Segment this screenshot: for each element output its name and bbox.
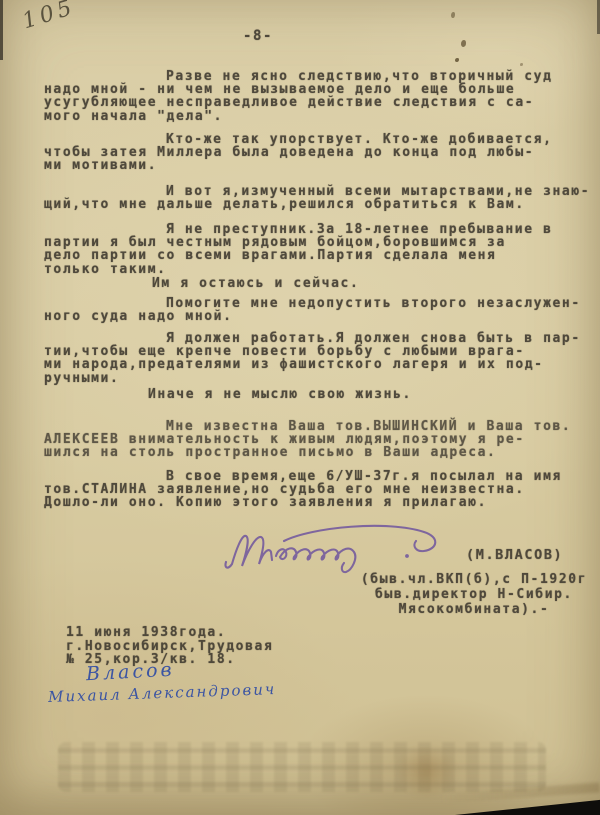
scanned-letter-page: 105 -8- Разве не ясно следствию,что втор… [0,0,600,815]
paragraph: В свое время,еще 6/УШ-37г.я посылал на и… [44,470,562,510]
paragraph: Кто-же так упорствует. Кто-же добивается… [44,133,553,173]
paragraph: Я не преступник.За 18-летнее пребывание … [44,223,553,276]
paragraph: И вот я,измученный всеми мытарствами,не … [44,185,590,211]
paragraph: Я должен работать.Я должен снова быть в … [44,332,581,385]
paragraph: Разве не ясно следствию,что вторичный су… [44,70,553,123]
archival-page-number: 105 [20,0,79,34]
signatory-credentials: (быв.чл.ВКП(б),с П-1920г быв.директор Н-… [354,572,594,617]
paragraph: Иначе я не мыслю свою жизнь. [148,388,412,401]
paper-speck [455,58,459,62]
page-number: -8- [243,30,273,43]
paragraph: Им я остаюсь и сейчас. [152,277,359,290]
paper-speck [520,63,523,66]
left-edge-shadow [0,0,3,60]
paper-speck [451,12,455,18]
ink-bleedthrough-band [58,742,546,792]
handwritten-name-patronymic: Михаил Александрович [48,680,277,706]
paragraph: Мне известна Ваша тов.ВЫШИНСКИЙ и Ваша т… [44,420,571,460]
paper-speck [461,40,466,47]
handwritten-surname: Власов [85,659,175,686]
paragraph: Помогите мне недопустить второго незаслу… [44,297,581,323]
typed-signatory-name: (М.ВЛАСОВ) [466,549,563,562]
signature-handwriting-icon [220,524,472,578]
